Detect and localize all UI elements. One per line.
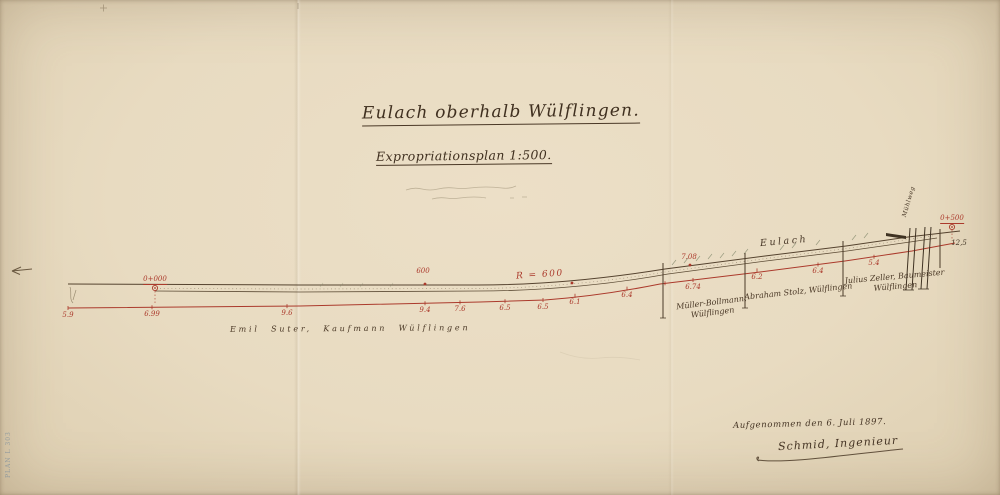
measurement-label: 6.2 (751, 273, 762, 281)
plan-sheet: Eulach oberhalb Wülflingen. Expropriatio… (0, 0, 1000, 495)
registration-marks (100, 3, 298, 12)
measurement-label: 6.4 (812, 267, 823, 275)
measurement-label: 6.5 (499, 304, 510, 312)
measurement-label: 9.4 (419, 306, 430, 314)
measurement-label: 6.99 (144, 310, 160, 318)
station-label-end: 0+500 (940, 214, 964, 224)
flow-arrow-icon (12, 267, 32, 275)
measurement-label: 6.74 (685, 283, 701, 291)
archive-mark: PLAN L 303 (5, 431, 12, 478)
page-subtitle: Expropriationsplan 1:500. (376, 147, 552, 166)
measurement-label: 6.5 (537, 303, 548, 311)
page-title: Eulach oberhalb Wülflingen. (362, 101, 640, 127)
measurement-label: 600 (416, 267, 429, 275)
measurement-label: 6.1 (569, 298, 580, 306)
measurement-label: 5.9 (62, 311, 73, 319)
measurement-label: 6.4 (621, 291, 632, 299)
measurement-label: 9.6 (281, 309, 292, 317)
measurement-label: 7.6 (454, 305, 465, 313)
owner-label-suter: Emil Suter, Kaufmann Wülflingen (230, 323, 470, 334)
measurement-label: 7.08 (681, 253, 697, 261)
measurement-label: 5.4 (868, 259, 879, 267)
station-label-start: 0+000 (143, 275, 167, 285)
end-width-label: 12,5 (951, 239, 967, 247)
